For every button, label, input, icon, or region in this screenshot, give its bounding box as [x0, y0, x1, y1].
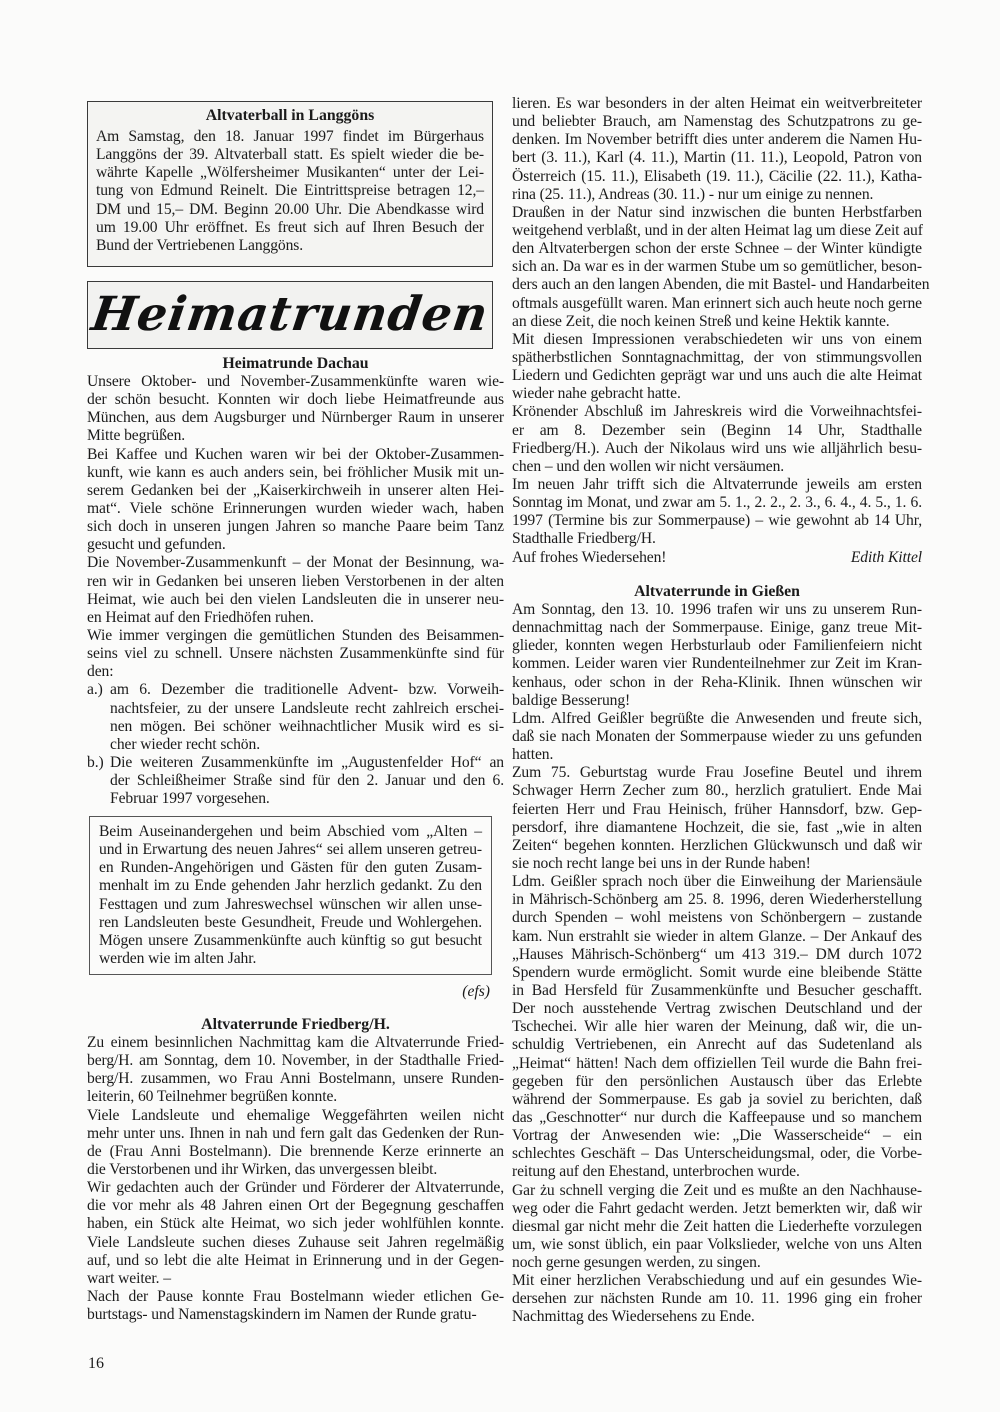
text-line: wart weiter. –	[87, 1270, 504, 1288]
article-signature: (efs)	[87, 983, 504, 1001]
text-line: ren Landsleuten beste Gesundheit, Freude…	[99, 914, 482, 932]
text-line: Festtagen und zum Jahreswechsel wünschen…	[99, 896, 482, 914]
text-line: die vor mehr als 48 Jahren einen Ort der…	[87, 1197, 504, 1215]
text-line: seins viel zu schnell. Unsere nächsten Z…	[87, 645, 504, 663]
text-line: auf, und so lebt die alte Heimat in Erin…	[87, 1252, 504, 1270]
article-friedberg-continued: lieren. Es war besonders in der alten He…	[512, 95, 922, 567]
text-line: bert (3. 11.), Karl (4. 11.), Martin (11…	[512, 149, 922, 167]
text-line: Nachmittag des Wiedersehens zu Ende.	[512, 1308, 922, 1326]
text-line: Krönender Abschluß im Jahreskreis wird d…	[512, 403, 922, 421]
text-line: die Verstorbenen und ihr Wirken, das unv…	[87, 1161, 504, 1179]
text-line: während der Sommerpause. Es gab ja sovie…	[512, 1091, 922, 1109]
text-line: de (Frau Anni Bostelmann). Die brennende…	[87, 1143, 504, 1161]
text-line: in Mährisch-Schönberg am 25. 8. 1996, de…	[512, 891, 922, 909]
text-line: spätherbstlichen Sonntagnachmittag, der …	[512, 349, 922, 367]
text-line: Viele Landsleute und ehemalige Weggefähr…	[87, 1107, 504, 1125]
text-line: baldige Besserung!	[512, 692, 922, 710]
event-list: a.)am 6. Dezember die traditionelle Adve…	[87, 681, 504, 808]
text-line: oftmals ausgefüllt waren. Man erinnert s…	[512, 295, 922, 313]
article-body: lieren. Es war besonders in der alten He…	[512, 95, 922, 549]
text-line: berg/H. zusammen, wo Frau Anni Bostelman…	[87, 1070, 504, 1088]
text-line: Am Sonntag, den 13. 10. 1996 trafen wir …	[512, 601, 922, 619]
text-line: tung von Edmund Reinelt. Die Eintrittspr…	[96, 182, 484, 200]
text-line: diesmal gar nicht mehr die Zeit hatten d…	[512, 1218, 922, 1236]
article-title: Altvaterball in Langgöns	[96, 106, 484, 125]
text-line: Mögen unsere Zusammenkünfte auch künftig…	[99, 932, 482, 950]
list-text: der Schleißheimer Straße sind für den 2.…	[110, 772, 504, 789]
text-line: Bei Kaffee und Kuchen waren wir bei der …	[87, 446, 504, 464]
list-text: Die weiteren Zusammenkünfte im „Augusten…	[110, 754, 504, 771]
text-line: um 19.00 Uhr eröffnet. Es freut sich auf…	[96, 219, 484, 237]
text-line: Februar 1997 vorgesehen.	[87, 790, 504, 808]
text-line: Heimat, wie auch bei den vielen Landsleu…	[87, 591, 504, 609]
text-line: Die November-Zusammenkunft – der Monat d…	[87, 554, 504, 572]
text-line: weg oder die Fahrt gedacht werden. Jetzt…	[512, 1200, 922, 1218]
text-line: wieder nahe gebracht hatte.	[512, 385, 922, 403]
text-line: 1997 (Termine bis zur Sommerpause) – wie…	[512, 512, 922, 530]
text-line: sie noch recht lange bei uns in der Rund…	[512, 855, 922, 873]
text-line: Der noch ausstehende Vertrag zwischen De…	[512, 1000, 922, 1018]
text-line: mehr unter uns. Ihnen in nah und fern ga…	[87, 1125, 504, 1143]
farewell-box: Beim Auseinandergehen und beim Abschied …	[89, 816, 492, 975]
text-line: noch gerne gesungen werden, zu singen.	[512, 1254, 922, 1272]
text-line: der Schleißheimer Straße sind für den 2.…	[87, 772, 504, 790]
text-line: „Hauses Mährisch-Schönberg“ um 413 319.–…	[512, 946, 922, 964]
text-line: mat“. Viele schöne Erinnerungen wurden w…	[87, 500, 504, 518]
list-label: a.)	[87, 681, 110, 699]
text-line: dennachmittag nach der Sommerpause. Eini…	[512, 619, 922, 637]
text-line: ders auch an den langen Abenden, die mit…	[512, 276, 922, 294]
text-line: glieder, konnten wegen Herbsturlaub oder…	[512, 637, 922, 655]
article-body: Am Sonntag, den 13. 10. 1996 trafen wir …	[512, 601, 922, 1327]
text-line: weitgehend verblaßt, und in der alten He…	[512, 222, 922, 240]
text-line: Nach der Pause konnte Frau Bostelmann wi…	[87, 1288, 504, 1306]
article-title: Altvaterrunde in Gießen	[512, 582, 922, 601]
text-line: sich an. Da war es in der warmen Stube u…	[512, 258, 922, 276]
list-text: cher wieder recht schön.	[110, 736, 260, 753]
text-line: nachtsfeier, zu der unsere Landsleute re…	[87, 700, 504, 718]
text-line: berg/H. am Sonntag, dem 10. November, in…	[87, 1052, 504, 1070]
article-signature: Edith Kittel	[851, 549, 922, 567]
text-line: Liedern und Gedichten geprägt war und un…	[512, 367, 922, 385]
text-line: lieren. Es war besonders in der alten He…	[512, 95, 922, 113]
text-line: schlechtes Geschäft – Das Unterscheidung…	[512, 1145, 922, 1163]
text-line: leiterin, 60 Teilnehmer begrüßen konnte.	[87, 1088, 504, 1106]
text-line: um, wie sonst üblich, ein paar Volkslied…	[512, 1236, 922, 1254]
text-line: Zu einem besinnlichen Nachmittag kam die…	[87, 1034, 504, 1052]
text-line: währte Kapelle „Wölfersheimer Musikanten…	[96, 164, 484, 182]
text-line: serem Gedanken bei der „Kaiserkirchweih …	[87, 482, 504, 500]
text-line: Zum 75. Geburtstag wurde Frau Josefine B…	[512, 764, 922, 782]
text-line: er am 8. Dezember sein (Beginn 14 Uhr, S…	[512, 422, 922, 440]
text-line: Bund der Vertriebenen Langgöns.	[96, 237, 484, 255]
text-line: den Altvaterbergen schon der erste Schne…	[512, 240, 922, 258]
list-text: nen mögen. Bei schöner weihnachtlicher M…	[110, 718, 504, 735]
farewell-text: Beim Auseinandergehen und beim Abschied …	[99, 823, 482, 968]
article-friedberg: Altvaterrunde Friedberg/H. Zu einem besi…	[87, 1015, 504, 1324]
text-line: gegeben für den persönlichen Austausch ü…	[512, 1073, 922, 1091]
text-line: nen mögen. Bei schöner weihnachtlicher M…	[87, 718, 504, 736]
text-line: Mit diesen Impressionen verabschiedeten …	[512, 331, 922, 349]
text-line: kunft, wie kann es auch anders sein, bei…	[87, 464, 504, 482]
text-line: Sonntag im Monat, und zwar am 5. 1., 2. …	[512, 494, 922, 512]
text-line: Im neuen Jahr trifft sich die Altvaterru…	[512, 476, 922, 494]
text-line: Mit einer herzlichen Verabschiedung und …	[512, 1272, 922, 1290]
text-line: Ldm. Alfred Geißler begrüßte die Anwesen…	[512, 710, 922, 728]
text-line: Schwager Herrn Zecher zum 80., herzlich …	[512, 782, 922, 800]
list-label: b.)	[87, 754, 110, 772]
section-banner-title: Heimatrunden	[83, 282, 496, 348]
text-line: DM und 15,– DM. Beginn 20.00 Uhr. Die Ab…	[96, 201, 484, 219]
list-text: Februar 1997 vorgesehen.	[110, 790, 270, 807]
text-line: Beim Auseinandergehen und beim Abschied …	[99, 823, 482, 841]
text-line: kenhaus, oder schon in der Reha-Klinik. …	[512, 674, 922, 692]
article-giessen: Altvaterrunde in Gießen Am Sonntag, den …	[512, 582, 922, 1327]
text-line: „Heimat“ hätten! Nach dem offiziellen Te…	[512, 1055, 922, 1073]
article-title: Altvaterrunde Friedberg/H.	[87, 1015, 504, 1034]
text-line: sich doch in unseren jungen Jahren so ma…	[87, 518, 504, 536]
list-text: am 6. Dezember die traditionelle Advent-…	[110, 681, 504, 698]
text-line: menhalt im zu Ende gehenden Jahr herzlic…	[99, 877, 482, 895]
text-line: Spendern wurde ermöglicht. Somit wurde e…	[512, 964, 922, 982]
article-body: Zu einem besinnlichen Nachmittag kam die…	[87, 1034, 504, 1324]
text-line: Vortrag der Anwesenden wie: „Die Wassers…	[512, 1127, 922, 1145]
text-line: chen – und den wollen wir nicht versäume…	[512, 458, 922, 476]
text-line: der schön besucht. Konnten wir doch lieb…	[87, 391, 504, 409]
text-line: durch Spenden – wohl meistens von Schönb…	[512, 909, 922, 927]
text-line: feierten Herr und Frau Heinisch, früher …	[512, 801, 922, 819]
text-line: Langgöns der 39. Altvaterball statt. Es …	[96, 146, 484, 164]
text-line: cher wieder recht schön.	[87, 736, 504, 754]
text-line: Am Samstag, den 18. Januar 1997 findet i…	[96, 128, 484, 146]
article-closing: Auf frohes Wiedersehen! Edith Kittel	[512, 549, 922, 567]
text-line: dersehen zur nächsten Runde am 10. 11. 1…	[512, 1290, 922, 1308]
text-line: persdorf, ihre diamantene Hochzeit, die …	[512, 819, 922, 837]
list-item: b.)Die weiteren Zusammenkünfte im „Augus…	[87, 754, 504, 808]
article-body: Unsere Oktober- und November-Zusammenkün…	[87, 373, 504, 681]
text-line: burtstags- und Namenstagskindern im Name…	[87, 1306, 504, 1324]
text-line: b.)Die weiteren Zusammenkünfte im „Augus…	[87, 754, 504, 772]
text-line: schuldig Vertriebenen, ein Anrecht auf d…	[512, 1036, 922, 1054]
article-dachau: Heimatrunde Dachau Unsere Oktober- und N…	[87, 354, 504, 808]
text-line: en Heimat auf den Friedhöfen ruhen.	[87, 609, 504, 627]
text-line: in Bad Hersfeld für Zusammenkünfte und B…	[512, 982, 922, 1000]
text-line: Viele Landsleute suchen dieses Zuhause s…	[87, 1234, 504, 1252]
text-line: Stadthalle Friedberg/H.	[512, 530, 922, 548]
list-text: nachtsfeier, zu der unsere Landsleute re…	[110, 700, 504, 717]
text-line: Ldm. Geißler sprach noch über die Einwei…	[512, 873, 922, 891]
page-number: 16	[88, 1355, 104, 1373]
text-line: reitung auf den Ehestand, unterbrochen w…	[512, 1163, 922, 1181]
text-line: a.)am 6. Dezember die traditionelle Adve…	[87, 681, 504, 699]
text-line: Wie immer vergingen die gemütlichen Stun…	[87, 627, 504, 645]
text-line: Friedberg/H.). Auch der Nikolaus wird un…	[512, 440, 922, 458]
text-line: denken. Im November betrifft dies unter …	[512, 131, 922, 149]
text-line: rina (25. 11.), Andreas (30. 11.) - nur …	[512, 186, 922, 204]
text-line: Tschechei. Wir alle hier waren der Meinu…	[512, 1018, 922, 1036]
text-line: haben, ein Stück alte Heimat, wo sich je…	[87, 1215, 504, 1233]
text-line: und in Erwartung des neuen Jahres“ sei a…	[99, 841, 482, 859]
article-box-langgoens: Altvaterball in Langgöns Am Samstag, den…	[87, 101, 493, 267]
text-line: den:	[87, 663, 504, 681]
text-line: Gar żu schnell verging die Zeit und es m…	[512, 1182, 922, 1200]
text-line: Unsere Oktober- und November-Zusammenkün…	[87, 373, 504, 391]
text-line: werden wie im alten Jahr.	[99, 950, 482, 968]
section-banner: Heimatrunden	[87, 281, 493, 349]
text-line: hatten.	[512, 746, 922, 764]
article-title: Heimatrunde Dachau	[87, 354, 504, 373]
text-line: kommen. Leider waren vier Rundenteilnehm…	[512, 655, 922, 673]
text-line: an diese Zeit, die noch keinen Streß und…	[512, 313, 922, 331]
text-line: Draußen in der Natur sind inzwischen die…	[512, 204, 922, 222]
text-line: Wir gedachten auch der Gründer und Förde…	[87, 1179, 504, 1197]
text-line: Mitte begrüßen.	[87, 427, 504, 445]
text-line: kam. Nun erstrahlt sie wieder in altem G…	[512, 928, 922, 946]
text-line: das „Geschnotter“ nur durch die Kaffeepa…	[512, 1109, 922, 1127]
article-body: Am Samstag, den 18. Januar 1997 findet i…	[96, 128, 484, 255]
text-line: ren wir in Gedanken bei unseren lieben V…	[87, 573, 504, 591]
text-line: und beliebter Brauch, am Namenstag des S…	[512, 113, 922, 131]
list-item: a.)am 6. Dezember die traditionelle Adve…	[87, 681, 504, 754]
text-line: gesucht und gefunden.	[87, 536, 504, 554]
text-line: daß sie nach Monaten der Sommerpause wie…	[512, 728, 922, 746]
text-line: Zeiten“ begehen konnten. Herzlichen Glüc…	[512, 837, 922, 855]
text-line: Österreich (15. 11.), Elisabeth (19. 11.…	[512, 168, 922, 186]
text-line: München, aus dem Augsburger und Nürnberg…	[87, 409, 504, 427]
text-line: en Runden-Angehörigen und Gästen für den…	[99, 859, 482, 877]
